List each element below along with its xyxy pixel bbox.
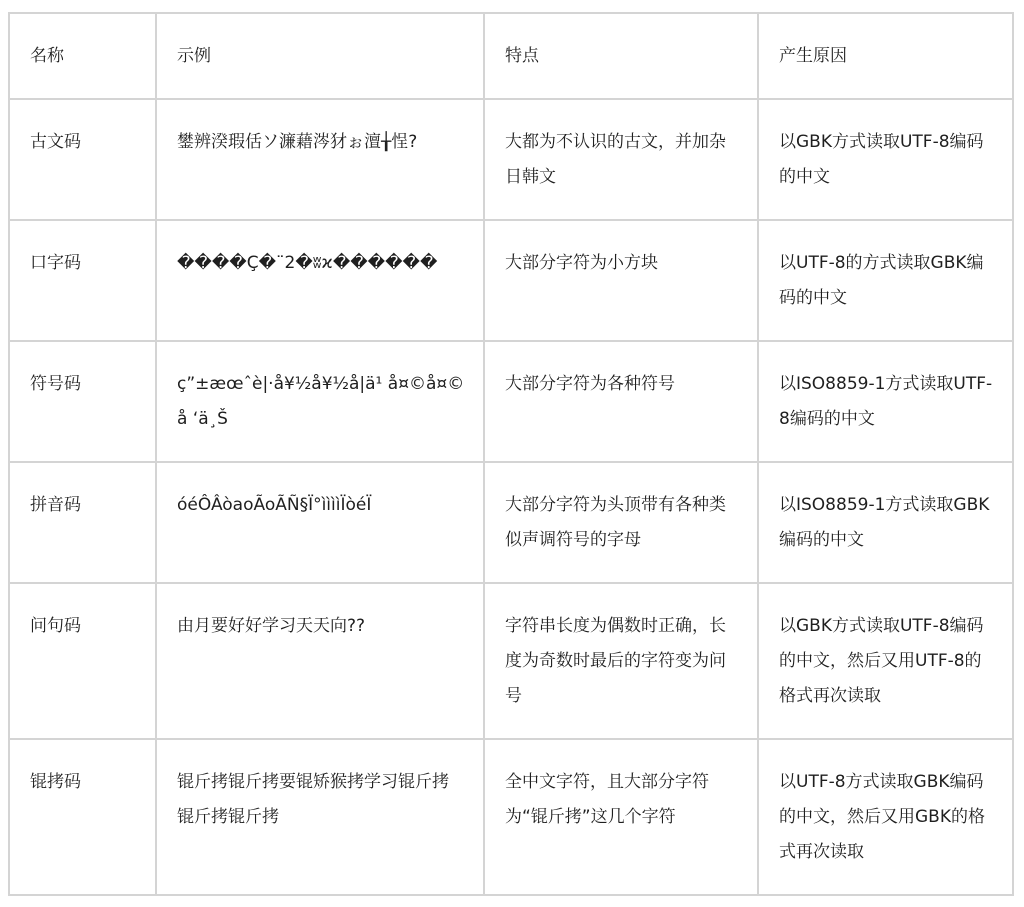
table-row: 拼音码 óéÔÂòaoÃoÃÑ§Ï°ììììÏòéÏ 大部分字符为头顶带有各种类… xyxy=(9,462,1013,583)
cell-name: 符号码 xyxy=(9,341,156,462)
table-header-row: 名称 示例 特点 产生原因 xyxy=(9,13,1013,99)
cell-name: 问句码 xyxy=(9,583,156,739)
garbled-text-table: 名称 示例 特点 产生原因 古文码 鐢辨湀瑕佸ソ濂藉涔犲ぉ澶╁悜? 大都为不认识… xyxy=(8,12,1014,896)
cell-name: 古文码 xyxy=(9,99,156,220)
column-header-feature: 特点 xyxy=(484,13,758,99)
cell-example: 锟斤拷锟斤拷要锟矫猴拷学习锟斤拷锟斤拷锟斤拷 xyxy=(156,739,484,895)
column-header-name: 名称 xyxy=(9,13,156,99)
cell-example: 鐢辨湀瑕佸ソ濂藉涔犲ぉ澶╁悜? xyxy=(156,99,484,220)
cell-example: ç”±æœˆè|·å¥½å¥½å­|ä¹ å¤©å¤©å ‘ä¸Š xyxy=(156,341,484,462)
cell-name: 口字码 xyxy=(9,220,156,341)
table-row: 符号码 ç”±æœˆè|·å¥½å¥½å­|ä¹ å¤©å¤©å ‘ä¸Š 大部… xyxy=(9,341,1013,462)
cell-feature: 字符串长度为偶数时正确，长度为奇数时最后的字符变为问号 xyxy=(484,583,758,739)
cell-example: 由月要好好学习天天向?? xyxy=(156,583,484,739)
cell-feature: 大都为不认识的古文，并加杂日韩文 xyxy=(484,99,758,220)
cell-name: 锟拷码 xyxy=(9,739,156,895)
cell-cause: 以UTF-8的方式读取GBK编码的中文 xyxy=(758,220,1013,341)
cell-example: óéÔÂòaoÃoÃÑ§Ï°ììììÏòéÏ xyxy=(156,462,484,583)
table-row: 古文码 鐢辨湀瑕佸ソ濂藉涔犲ぉ澶╁悜? 大都为不认识的古文，并加杂日韩文 以GB… xyxy=(9,99,1013,220)
column-header-cause: 产生原因 xyxy=(758,13,1013,99)
cell-cause: 以GBK方式读取UTF-8编码的中文，然后又用UTF-8的格式再次读取 xyxy=(758,583,1013,739)
cell-cause: 以ISO8859-1方式读取GBK编码的中文 xyxy=(758,462,1013,583)
table-row: 问句码 由月要好好学习天天向?? 字符串长度为偶数时正确，长度为奇数时最后的字符… xyxy=(9,583,1013,739)
cell-feature: 全中文字符，且大部分字符为“锟斤拷”这几个字符 xyxy=(484,739,758,895)
cell-feature: 大部分字符为各种符号 xyxy=(484,341,758,462)
cell-feature: 大部分字符为头顶带有各种类似声调符号的字母 xyxy=(484,462,758,583)
cell-cause: 以ISO8859-1方式读取UTF-8编码的中文 xyxy=(758,341,1013,462)
cell-cause: 以GBK方式读取UTF-8编码的中文 xyxy=(758,99,1013,220)
table-row: 锟拷码 锟斤拷锟斤拷要锟矫猴拷学习锟斤拷锟斤拷锟斤拷 全中文字符，且大部分字符为… xyxy=(9,739,1013,895)
cell-cause: 以UTF-8方式读取GBK编码的中文，然后又用GBK的格式再次读取 xyxy=(758,739,1013,895)
cell-name: 拼音码 xyxy=(9,462,156,583)
column-header-example: 示例 xyxy=(156,13,484,99)
table-row: 口字码 ����Ç�¨2�ʬϰ������ 大部分字符为小方块 以UTF-8的方… xyxy=(9,220,1013,341)
cell-feature: 大部分字符为小方块 xyxy=(484,220,758,341)
cell-example: ����Ç�¨2�ʬϰ������ xyxy=(156,220,484,341)
